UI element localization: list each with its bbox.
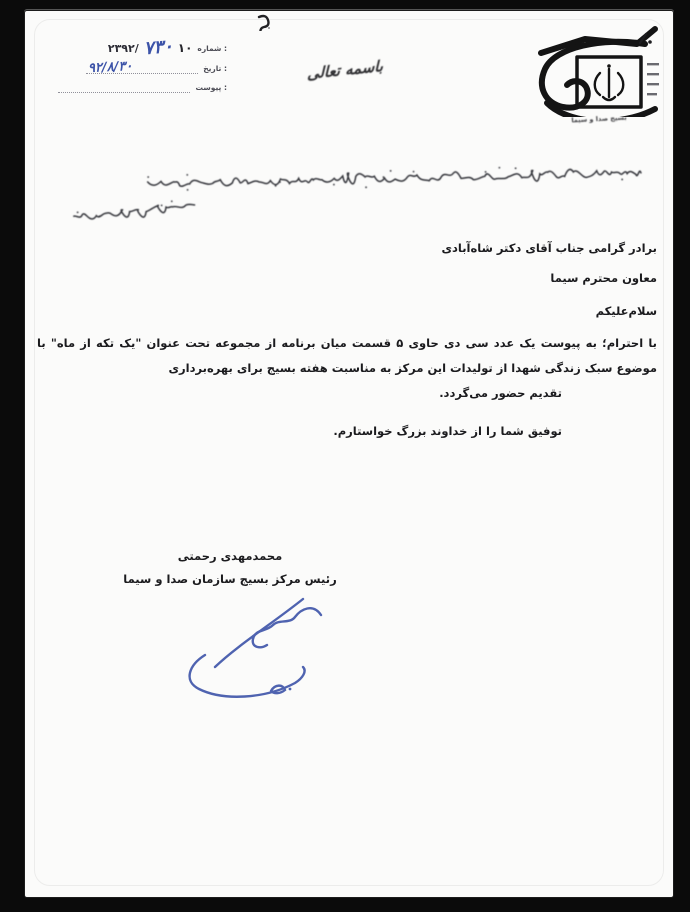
basmala-calligraphy: باسمه تعالی — [275, 54, 414, 87]
addressee-name: برادر گرامی جناب آقای دکتر شاه‌آبادی — [441, 233, 657, 263]
number-label: شماره : — [197, 44, 227, 53]
letter-number-handwritten: ۷۳۰ — [143, 40, 173, 56]
body-closing-line: تقدیم حضور می‌گردد. — [37, 381, 657, 406]
salutation: سلام‌علیکم — [596, 304, 657, 318]
number-row: ۲۳۹۲/ ۷۳۰ ۱۰ شماره : — [31, 41, 227, 55]
reference-fields: ۲۳۹۲/ ۷۳۰ ۱۰ شماره : ۹۲/۸/۳۰ تاریخ : پیو… — [31, 41, 227, 100]
addressee-block: برادر گرامی جناب آقای دکتر شاه‌آبادی معا… — [441, 233, 657, 293]
wish-line: توفیق شما را از خداوند بزرگ خواستارم. — [37, 419, 657, 444]
date-row: ۹۲/۸/۳۰ تاریخ : — [31, 62, 227, 74]
letter-number-printed: ۲۳۹۲/ — [108, 42, 139, 55]
letter-number-serial: ۱۰ — [178, 41, 193, 55]
date-handwritten-value: ۹۲/۸/۳۰ — [88, 59, 133, 76]
signatory-name: محمدمهدی رحمتی — [65, 549, 395, 563]
letter-page: ۲۳۹۲/ ۷۳۰ ۱۰ شماره : ۹۲/۸/۳۰ تاریخ : پیو… — [25, 11, 673, 897]
handwritten-signature — [153, 593, 358, 708]
calligraphy-attribution-line — [70, 192, 204, 232]
calligraphy-quote-line — [143, 156, 649, 203]
stray-ink-mark-top — [255, 13, 271, 31]
stray-ink-mark-right — [637, 31, 653, 47]
attachment-label: پیوست : — [195, 83, 227, 92]
addressee-title: معاون محترم سیما — [441, 263, 657, 293]
date-label: تاریخ : — [203, 64, 227, 73]
scan-black-frame: { "colors": { "ink_blue": "#3c53a8", "te… — [0, 0, 690, 912]
signature-block: محمدمهدی رحمتی رئیس مرکز بسیج سازمان صدا… — [65, 549, 395, 586]
page-inner-edge — [34, 19, 664, 886]
letter-body: با احترام؛ به پیوست یک عدد سی دی حاوی ۵ … — [37, 331, 657, 444]
attachment-row: پیوست : — [31, 81, 227, 93]
signatory-title: رئیس مرکز بسیج سازمان صدا و سیما — [65, 572, 395, 586]
date-dotted-line: ۹۲/۸/۳۰ — [86, 62, 198, 74]
attachment-dotted-line — [58, 81, 190, 93]
body-paragraph: با احترام؛ به پیوست یک عدد سی دی حاوی ۵ … — [37, 331, 657, 381]
